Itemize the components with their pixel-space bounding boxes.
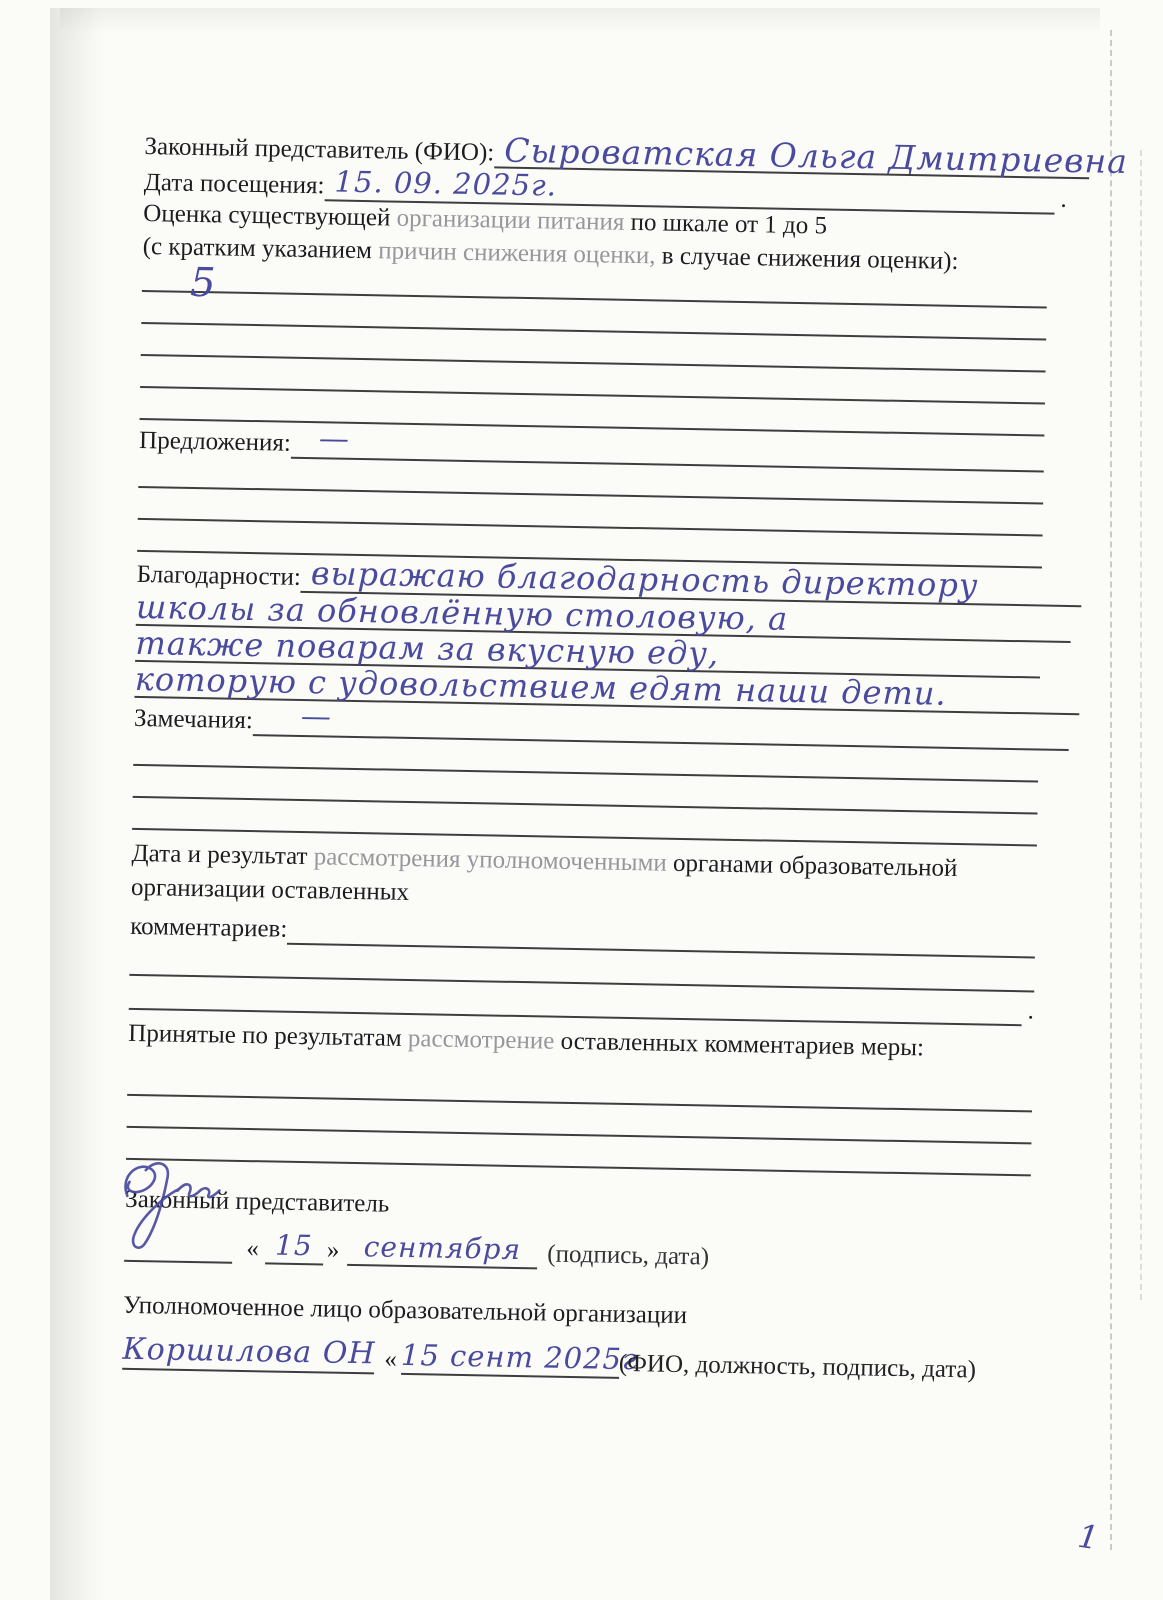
authorized-hint: (ФИО, должность, подпись, дата) (619, 1348, 977, 1386)
quote-open-2: « (374, 1343, 401, 1375)
suggestions-handwritten-dash: — (319, 421, 351, 457)
rating-text-5-faded: причин снижения оценки, (378, 237, 656, 269)
review-comments-label: комментариев: (130, 911, 288, 945)
scan-page-edge-line-2 (1140, 150, 1142, 1300)
suggestions-label: Предложения: (139, 425, 291, 459)
signature-hint: (подпись, дата) (537, 1238, 709, 1272)
authorized-name-handwritten: Коршилова ОН (122, 1330, 375, 1374)
measures-text-3: оставленных комментариев меры: (554, 1028, 924, 1062)
review-trailing-period: . (1021, 995, 1034, 1026)
review-text-3: органами образовательной (667, 850, 958, 882)
page-number-handwritten: 1 (1075, 1517, 1100, 1557)
visit-date-handwritten-value: 15. 09. 2025г. (334, 164, 557, 202)
authorized-date-handwritten: 15 сент 2025г (401, 1337, 620, 1379)
legal-representative-label: Законный представитель (ФИО): (144, 131, 494, 169)
scan-shadow-left (50, 8, 102, 1600)
legal-representative-signature-icon (116, 1150, 246, 1256)
authorized-section: Уполномоченное лицо образовательной орга… (122, 1290, 1028, 1387)
scan-shadow-top (60, 8, 1100, 34)
measures-text-1: Принятые по результатам (128, 1020, 408, 1052)
quote-close: » (323, 1234, 348, 1266)
signature-section: Законный представитель « 15 » сентября (… (124, 1184, 1030, 1279)
rating-text-2-faded: организации питания (396, 205, 624, 236)
remarks-label: Замечания: (134, 703, 253, 736)
signature-day-handwritten: 15 (265, 1227, 324, 1265)
remarks-handwritten-dash: — (301, 698, 333, 734)
form-content: Законный представитель (ФИО): Сыроватска… (122, 122, 1050, 1386)
review-text-1: Дата и результат (131, 840, 314, 870)
visit-date-trailing-period: . (1054, 183, 1067, 214)
rating-text-4: (с кратким указанием (142, 233, 378, 264)
rating-text-3: по шкале от 1 до 5 (624, 209, 827, 240)
signature-month-handwritten: сентября (347, 1229, 538, 1269)
rating-handwritten-value: 5 (190, 271, 217, 295)
scan-page-edge-line (1110, 30, 1112, 1550)
rating-text-1: Оценка существующей (143, 200, 397, 232)
measures-text-2-faded: рассмотрение (408, 1025, 555, 1055)
scanned-feedback-form: { "ink_color": "#4a4a9e", "fields": { "l… (0, 0, 1163, 1600)
review-text-2-faded: рассмотрения уполномоченными (313, 843, 667, 876)
visit-date-label: Дата посещения: (144, 167, 325, 202)
rating-text-6: в случае снижения оценки): (655, 242, 958, 275)
